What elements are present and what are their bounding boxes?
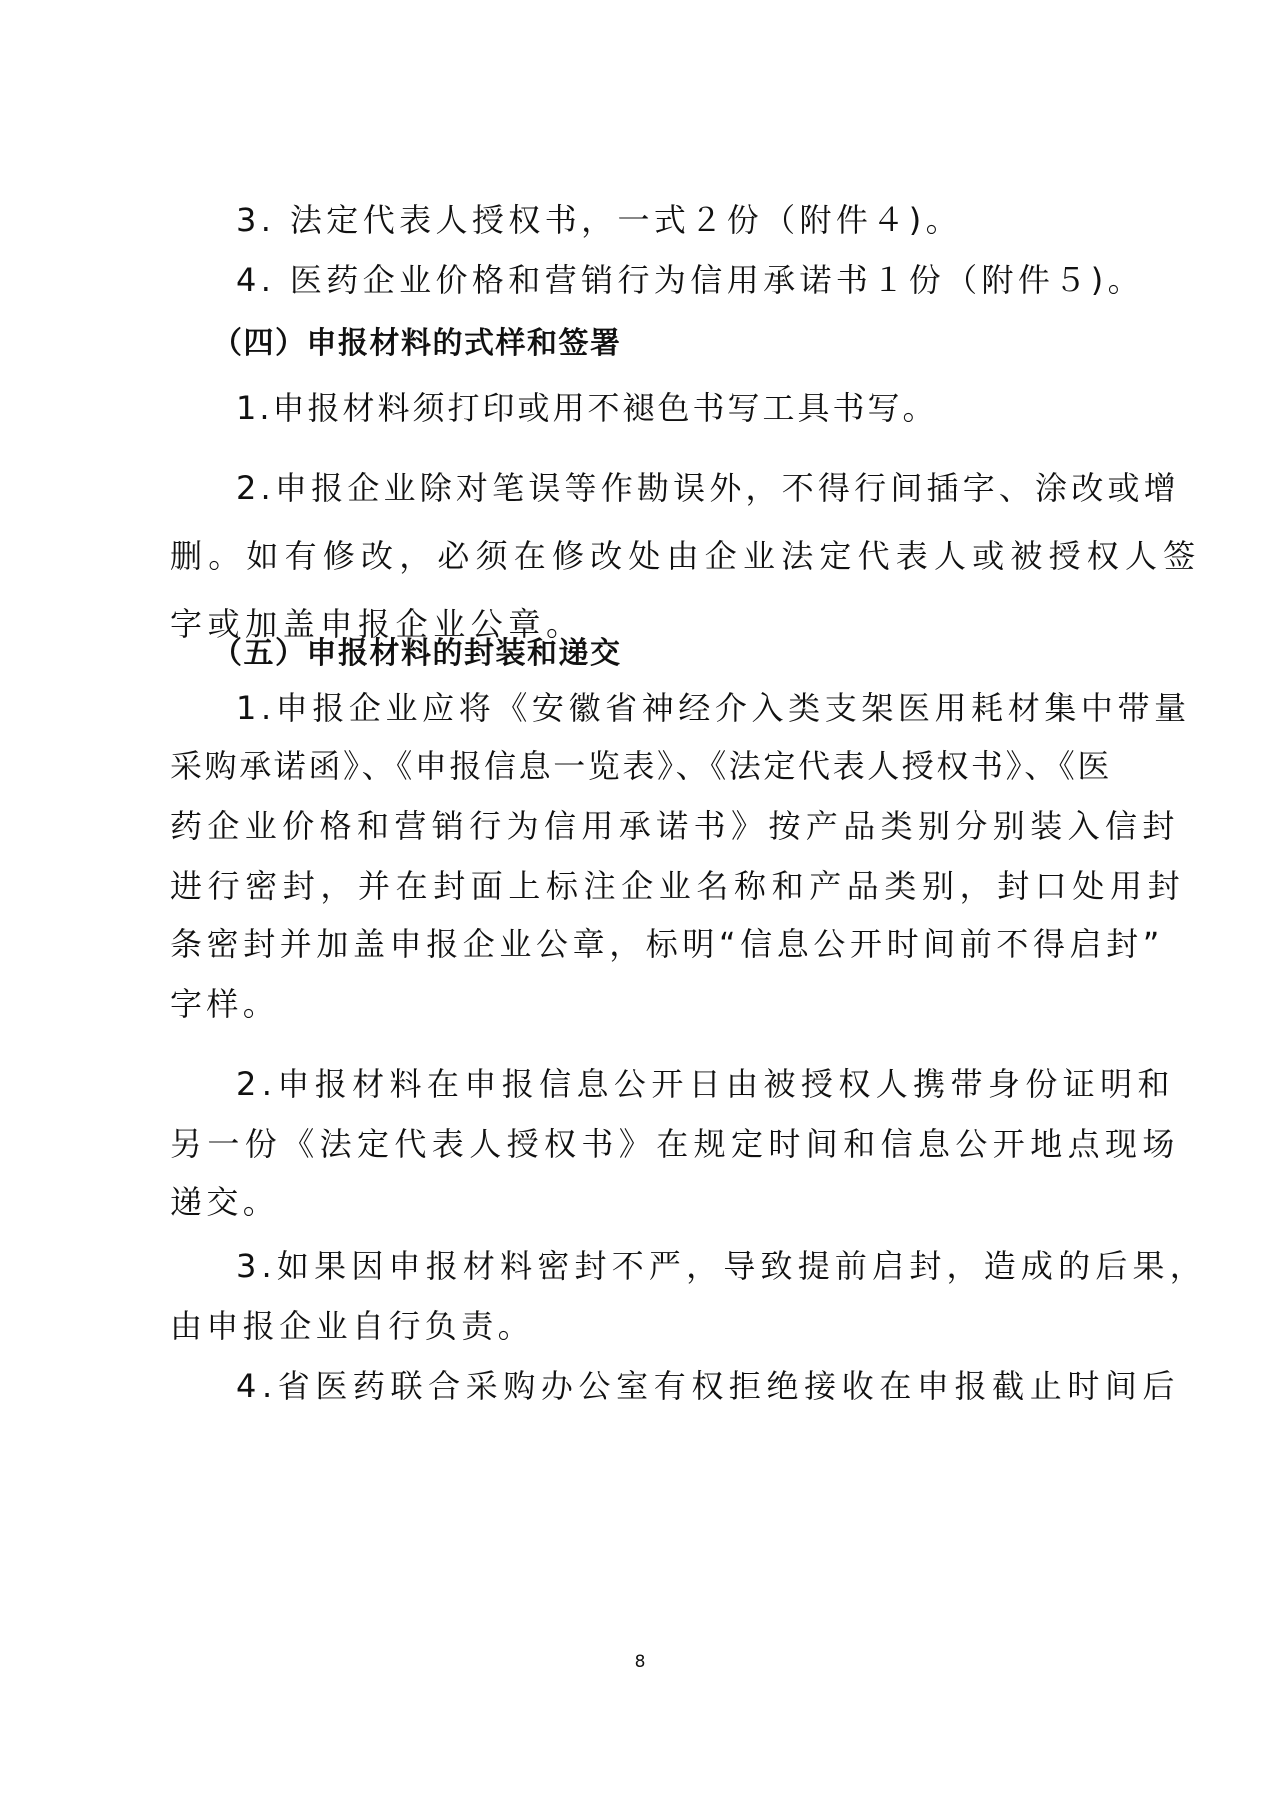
paragraph-line: 3.如果因申报材料密封不严，导致提前启封，造成的后果， xyxy=(236,1246,1176,1286)
section-heading-format-signature: （四）申报材料的式样和签署 xyxy=(212,324,1152,364)
paragraph-line: 4.省医药联合采购办公室有权拒绝接收在申报截止时间后 xyxy=(236,1366,1176,1406)
paragraph-line: 2.申报材料在申报信息公开日由被授权人携带身份证明和 xyxy=(236,1064,1176,1104)
paragraph-line: 另一份《法定代表人授权书》在规定时间和信息公开地点现场 xyxy=(170,1124,1110,1164)
paragraph-line: 条密封并加盖申报企业公章，标明“信息公开时间前不得启封” xyxy=(170,924,1110,964)
paragraph-line: 删。如有修改，必须在修改处由企业法定代表人或被授权人签 xyxy=(170,536,1110,576)
list-item-credit-pledge: 4. 医药企业价格和营销行为信用承诺书１份（附件５)。 xyxy=(236,260,1176,300)
paragraph-line: 由申报企业自行负责。 xyxy=(170,1306,1110,1346)
paragraph-line: 2.申报企业除对笔误等作勘误外，不得行间插字、涂改或增 xyxy=(236,468,1176,508)
document-page: 3. 法定代表人授权书，一式２份（附件４)。 4. 医药企业价格和营销行为信用承… xyxy=(0,0,1280,1810)
page-number: 8 xyxy=(0,1652,1280,1672)
paragraph-line: 药企业价格和营销行为信用承诺书》按产品类别分别装入信封 xyxy=(170,806,1110,846)
list-item-authorization: 3. 法定代表人授权书，一式２份（附件４)。 xyxy=(236,200,1176,240)
paragraph-line: 递交。 xyxy=(170,1182,1110,1222)
paragraph-line: 1.申报材料须打印或用不褪色书写工具书写。 xyxy=(236,388,1176,428)
section-heading-sealing-submission: （五）申报材料的封装和递交 xyxy=(212,634,1152,674)
paragraph-line: 采购承诺函》、《申报信息一览表》、《法定代表人授权书》、《医 xyxy=(170,746,1110,786)
paragraph-line: 1.申报企业应将《安徽省神经介入类支架医用耗材集中带量 xyxy=(236,688,1176,728)
paragraph-line: 字样。 xyxy=(170,984,1110,1024)
paragraph-line: 进行密封，并在封面上标注企业名称和产品类别，封口处用封 xyxy=(170,866,1110,906)
